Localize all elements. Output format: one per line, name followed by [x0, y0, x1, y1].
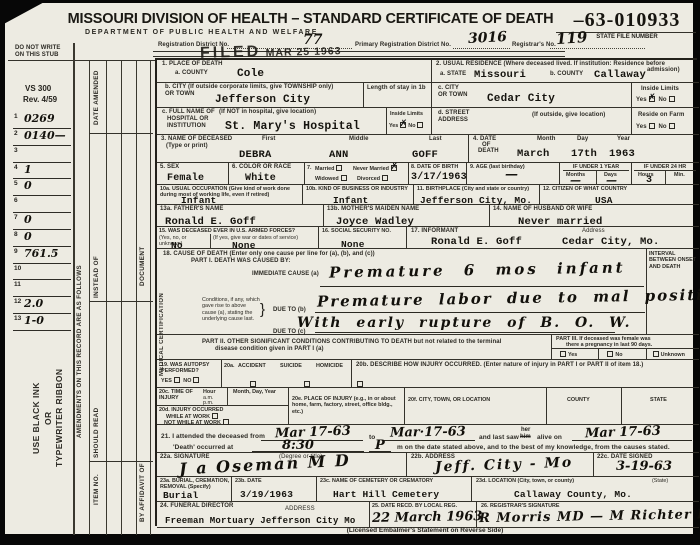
accident-label: ACCIDENT — [238, 363, 266, 369]
field-cause-of-death: 18. CAUSE OF DEATH (Enter only one cause… — [157, 249, 647, 335]
place-yes-mark: ✗ — [400, 119, 408, 130]
place-inside-label: Inside Limits — [390, 111, 423, 117]
do-not-write-label: DO NOT WRITE ON THIS STUB — [15, 45, 67, 59]
cemetery-loc-label: 23d. LOCATION (City, town, or county) — [476, 478, 574, 484]
field-injury-state: STATE — [622, 388, 699, 425]
part3-unknown: Unknown — [647, 349, 699, 359]
field-residence-city: c. CITY OR TOWN Cedar City — [432, 83, 632, 108]
date-amended-label: DATE AMENDED — [93, 65, 100, 131]
suicide-label: SUICIDE — [280, 363, 302, 369]
informant-address: Cedar City, Mo. — [562, 236, 660, 248]
sig-address-value: Jeff. City - Mo — [435, 455, 574, 476]
race-label: 6. COLOR OR RACE — [232, 164, 291, 171]
injury-place-label: 20e. PLACE OF INJURY (e.g., in or about … — [292, 396, 402, 415]
cause-line-a-value: Premature 6 mos infant — [329, 258, 626, 281]
divorced-checkbox — [382, 175, 388, 181]
field-interval: INTERVAL BETWEEN ONSET AND DEATH — [647, 249, 699, 335]
birthplace-label: 11. BIRTHPLACE (City and state or countr… — [417, 186, 537, 192]
informant-label: 17. INFORMANT — [411, 228, 458, 235]
autopsy-no-label: NO — [183, 378, 191, 384]
due-to-b-label: DUE TO (b) — [273, 307, 306, 314]
burial-value: Burial — [163, 490, 198, 501]
name-first-value: DEBRA — [239, 149, 272, 161]
farm-yes-label: Yes — [636, 124, 647, 130]
stub-row: 6 — [13, 196, 71, 213]
residence-label-2: admission) — [647, 67, 680, 74]
place-county-label: a. COUNTY — [175, 70, 208, 77]
injury-desc-label: 20b. DESCRIBE HOW INJURY OCCURRED. (Ente… — [356, 362, 694, 369]
residence-yes-checkbox: ✗ — [649, 96, 655, 102]
field-time-of-injury: 20c. TIME OF INJURY Hour a.m. p.m. Month… — [157, 388, 289, 406]
attended-last-value: Mar 17-63 — [585, 424, 661, 442]
stub-row-value: 1-0 — [24, 314, 44, 327]
never-married-mark: ✗ — [390, 162, 398, 173]
field-place-inside-limits: Inside Limits Yes✗No — [387, 108, 432, 135]
cause-part1-label: PART I. DEATH WAS CAUSED BY: — [191, 258, 290, 265]
farm-yes-checkbox — [649, 123, 655, 129]
field-signature-address: 22b. ADDRESS Jeff. City - Mo — [407, 453, 594, 477]
homicide-label: HOMICIDE — [316, 363, 343, 369]
field-date-received: 25. DATE RECD. BY LOCAL REG. 22 March 19… — [370, 502, 477, 528]
instead-of-label: INSTEAD OF — [93, 253, 100, 300]
immediate-cause-label: IMMEDIATE CAUSE (a) — [252, 271, 319, 278]
stub-row: 122.0 — [13, 297, 71, 314]
birth-value: 3/17/1963 — [411, 172, 467, 183]
primary-district-line — [453, 48, 510, 49]
marital-widowed: Widowed — [315, 175, 349, 182]
field-length-of-stay: Length of stay in 1b — [364, 83, 432, 108]
cause-brace: } — [260, 301, 265, 318]
field-reside-on-farm: Reside on Farm Yes No — [632, 108, 699, 135]
field-armed-forces: 15. WAS DECEASED EVER IN U.S. ARMED FORC… — [157, 227, 319, 249]
field-race: 6. COLOR OR RACE White — [229, 163, 305, 185]
field-autopsy: 19. WAS AUTOPSY PERFORMED? YES NO — [157, 360, 222, 388]
field-registrar-signature: 26. REGISTRAR'S SIGNATURE R Morris MD — … — [477, 502, 699, 528]
sex-value: Female — [167, 173, 204, 184]
stub-row-number: 7 — [14, 214, 18, 221]
funeral-address-label: ADDRESS — [285, 506, 315, 513]
informant-address-label: Address — [582, 228, 605, 235]
stub-row-value: 1 — [24, 163, 32, 176]
field-name-of-deceased: 3. NAME OF DECEASED (Type or print) Firs… — [157, 135, 469, 163]
autopsy-yes-label: YES — [161, 378, 172, 384]
min-label: Min. — [674, 172, 685, 178]
attended-her: her — [521, 427, 530, 433]
hospital-value: St. Mary's Hospital — [225, 120, 360, 133]
part3-no-label: No — [615, 352, 622, 358]
marital-divorced: Divorced — [357, 175, 390, 182]
field-mother-name: 13b. MOTHER'S MAIDEN NAME Joyce Wadley — [324, 205, 490, 227]
cause-conditions-note: Conditions, if any, which gave rise to a… — [202, 297, 260, 323]
part3-yes-checkbox — [560, 351, 566, 357]
stub-row-number: 2 — [14, 130, 18, 137]
autopsy-no-checkbox — [193, 377, 199, 383]
residence-yes-label: Yes — [636, 97, 647, 103]
stub-row-number: 12 — [14, 298, 21, 305]
stub-row: 50 — [13, 179, 71, 196]
part3-no-checkbox — [607, 351, 613, 357]
interval-label: INTERVAL BETWEEN ONSET AND DEATH — [649, 251, 697, 270]
never-married-label: Never Married — [353, 166, 389, 172]
name-sub-label: (Type or print) — [166, 143, 208, 150]
suicide-checkbox — [304, 381, 310, 387]
stub-row-value: 0 — [24, 179, 32, 192]
stub-row-number: 6 — [14, 197, 18, 204]
field-usual-residence: 2. USUAL RESIDENCE (Where deceased lived… — [432, 60, 699, 83]
field-funeral-director: 24. FUNERAL DIRECTOR ADDRESS Freeman Mor… — [157, 502, 370, 528]
autopsy-label: 19. WAS AUTOPSY PERFORMED? — [161, 362, 219, 375]
part3-unknown-checkbox — [653, 351, 659, 357]
stub-row-number: 11 — [14, 281, 21, 288]
armed-note-2: (If yes, give war or dates of service) — [213, 235, 317, 241]
stub-row-value: 0269 — [24, 112, 55, 125]
divorced-label: Divorced — [357, 176, 380, 182]
date-signed-value: 3-19-63 — [616, 459, 672, 474]
manner-label: 20a. — [224, 363, 235, 369]
farm-no-label: No — [658, 124, 666, 130]
place-county-value: Cole — [237, 68, 264, 80]
field-date-signed: 22c. DATE SIGNED 3-19-63 — [594, 453, 699, 477]
stub-row-value: 0140— — [24, 129, 66, 142]
death-day-label: Day — [577, 136, 588, 143]
field-manner-of-death: 20a. ACCIDENT SUICIDE HOMICIDE — [222, 360, 352, 388]
field-date-of-birth: 8. DATE OF BIRTH 3/17/1963 — [409, 163, 467, 185]
amendments-title: AMENDMENTS ON THIS RECORD ARE AS FOLLOWS — [76, 171, 83, 533]
part3-yes: Yes — [552, 349, 599, 359]
field-injury-location: 20f. CITY, TOWN, OR LOCATION — [405, 388, 547, 425]
stub-row: 9761.5 — [13, 247, 71, 264]
attended-prefix: 21. I attended the deceased from — [161, 433, 265, 441]
armed-divider — [210, 234, 211, 249]
amendments-divider-2 — [89, 301, 153, 302]
name-last-value: GOFF — [412, 149, 438, 161]
place-label: 1. PLACE OF DEATH — [162, 61, 223, 68]
field-if-under-1-year: IF UNDER 1 YEAR Months Days — — — [560, 163, 632, 185]
form-code: VS 300 — [25, 84, 51, 93]
stub-rows: 1026920140—34150670809761.51011122.0131-… — [13, 112, 71, 331]
field-cemetery-location: 23d. LOCATION (City, town, or county) (S… — [472, 477, 699, 502]
part3-options: Yes No Unknown — [552, 348, 699, 359]
attended-last-rule — [572, 440, 692, 441]
stub-row: 3 — [13, 146, 71, 163]
stub-row: 80 — [13, 230, 71, 247]
stub-row: 41 — [13, 163, 71, 180]
residence-yes-mark: ✗ — [648, 93, 656, 104]
field-signature: 22a. SIGNATURE (Degree or title) J a Ose… — [157, 453, 407, 477]
place-yes-label: Yes — [389, 123, 398, 129]
residence-city-value: Cedar City — [487, 93, 555, 105]
place-yes-checkbox: ✗ — [400, 122, 406, 128]
primary-district-value: 3016 — [468, 29, 508, 47]
name-last-label: Last — [429, 136, 442, 143]
stub-row: 20140— — [13, 129, 71, 146]
armed-label: 15. WAS DECEASED EVER IN U.S. ARMED FORC… — [159, 228, 317, 234]
amendments-divider-1 — [89, 133, 153, 134]
funeral-value: Freeman Mortuary Jefferson City Mo — [165, 516, 355, 526]
registrar-value: R Morris MD — M Richter Dep — [479, 507, 700, 526]
residence-inside-options: Yes✗ No — [636, 96, 677, 104]
cemetery-label: 23c. NAME OF CEMETERY OR CREMATORY — [320, 478, 433, 484]
street-address-note: (If outside, give location) — [532, 112, 605, 119]
received-value: 22 March 1963 — [372, 509, 483, 526]
married-label: Married — [315, 166, 334, 172]
stub-row: 131-0 — [13, 314, 71, 331]
funeral-label: 24. FUNERAL DIRECTOR — [160, 503, 233, 510]
by-affidavit-label: BY AFFIDAVIT OF — [139, 455, 146, 529]
stub-row-value: 0 — [24, 213, 32, 226]
never-married-checkbox: ✗ — [391, 165, 397, 171]
injury-county-label: COUNTY — [567, 397, 590, 403]
place-no-checkbox — [417, 122, 423, 128]
death-year-value: 1963 — [609, 148, 635, 160]
injury-mdy-label: Month, Day, Year — [233, 389, 276, 395]
residence-county-value: Callaway — [594, 69, 646, 81]
residence-inside-label: Inside Limits — [641, 86, 679, 93]
registrar-label: 26. REGISTRAR'S SIGNATURE — [481, 503, 559, 509]
received-label: 25. DATE RECD. BY LOCAL REG. — [372, 503, 457, 509]
use-black-ink-line3: TYPEWRITER RIBBON — [54, 338, 64, 498]
attended-to-value: Mar·17-63 — [390, 424, 466, 440]
attended-mid: and last saw — [479, 434, 519, 442]
certificate-paper: MISSOURI DIVISION OF HEALTH – STANDARD C… — [5, 3, 693, 534]
stub-row: 70 — [13, 213, 71, 230]
use-black-ink-line2: OR — [43, 403, 53, 433]
residence-county-label: b. COUNTY — [550, 71, 583, 78]
widowed-checkbox — [341, 175, 347, 181]
informant-name: Ronald E. Goff — [431, 236, 522, 248]
registrar-no-line — [550, 48, 645, 49]
field-place-of-injury: 20e. PLACE OF INJURY (e.g., in or about … — [289, 388, 405, 425]
injury-state-label: STATE — [650, 397, 667, 403]
marital-married: Married — [315, 165, 344, 172]
field-injury-at-work: 20d. INJURY OCCURRED WHILE AT WORK NOT W… — [157, 406, 289, 425]
certificate-form: MEDICAL CERTIFICATION 1. PLACE OF DEATH … — [155, 58, 697, 526]
field-sex: 5. SEX Female — [157, 163, 229, 185]
father-label: 13a. FATHER'S NAME — [160, 206, 223, 213]
death-month-value: March — [517, 148, 550, 160]
field-occupation: 10a. USUAL OCCUPATION (Give kind of work… — [157, 185, 303, 205]
stub-row-number: 5 — [14, 180, 18, 187]
death-occurred-suffix: m on the date stated above, and to the b… — [397, 444, 670, 452]
field-father-name: 13a. FATHER'S NAME Ronald E. Goff — [157, 205, 324, 227]
residence-city-label: c. CITY OR TOWN — [438, 85, 468, 99]
residence-state-value: Missouri — [474, 69, 526, 81]
field-date-of-death: 4. DATE OF DEATH Month Day Year March 17… — [469, 135, 699, 163]
under24-divider — [665, 171, 666, 185]
farm-options: Yes No — [636, 123, 677, 131]
field-street-address: d. STREET ADDRESS (If outside, give loca… — [432, 108, 632, 135]
item-no-label: ITEM NO. — [93, 467, 100, 511]
married-checkbox — [336, 165, 342, 171]
form-revision: Rev. 4/59 — [23, 95, 57, 104]
field-spouse-name: 14. NAME OF HUSBAND OR WIFE Never marrie… — [490, 205, 699, 227]
stub-row: 11 — [13, 280, 71, 297]
cause-line-c-rule — [315, 332, 615, 333]
age-value: — — [505, 167, 518, 182]
industry-label: 10b. KIND OF BUSINESS OR INDUSTRY — [306, 186, 412, 192]
injury-time-label: 20c. TIME OF INJURY — [159, 389, 199, 402]
death-month-label: Month — [537, 136, 556, 143]
field-place-of-death: 1. PLACE OF DEATH a. COUNTY Cole — [157, 60, 432, 83]
part3-yes-label: Yes — [568, 352, 577, 358]
field-age: 9. AGE (last birthday) — — [467, 163, 560, 185]
race-value: White — [245, 173, 276, 184]
farm-no-checkbox — [669, 123, 675, 129]
stub-row-number: 1 — [14, 113, 18, 120]
city-of-death-value: Jefferson City — [215, 94, 310, 106]
length-of-stay-label: Length of stay in 1b — [367, 85, 429, 92]
field-injury-description: 20b. DESCRIBE HOW INJURY OCCURRED. (Ente… — [352, 360, 699, 388]
citizen-label: 12. CITIZEN OF WHAT COUNTRY — [543, 186, 627, 192]
cause-line-b-rule — [315, 312, 645, 313]
stub-row: 10269 — [13, 112, 71, 129]
field-residence-inside-limits: Inside Limits Yes✗ No — [632, 83, 699, 108]
stub-row-number: 10 — [14, 265, 21, 272]
stub-row-number: 8 — [14, 231, 18, 238]
death-ampm-rule — [369, 451, 391, 452]
primary-district-label: Primary Registration District No. — [355, 42, 451, 49]
part2-label-2: disease condition given in PART I (a) — [215, 346, 324, 353]
cause-line-c-value: With early rupture of B. O. W. — [297, 315, 632, 331]
field-informant: 17. INFORMANT Address Ronald E. Goff Ced… — [407, 227, 699, 249]
autopsy-yes-checkbox — [174, 377, 180, 383]
death-date-label-3: DEATH — [478, 148, 499, 155]
amendments-strip-left-rule — [73, 43, 75, 535]
stub-row-number: 4 — [14, 164, 18, 171]
armed-note-1: (Yes, no, or unknown) — [159, 235, 209, 248]
hospital-label-3: INSTITUTION — [167, 123, 206, 130]
name-middle-label: Middle — [349, 136, 369, 143]
residence-no-label: No — [658, 97, 666, 103]
attended-him-struck: him — [520, 434, 531, 440]
marital-never: Never Married✗ — [353, 165, 399, 172]
field-cemetery: 23c. NAME OF CEMETERY OR CREMATORY Hart … — [317, 477, 472, 502]
part3-no: No — [599, 349, 646, 359]
registrar-no-value: 119 — [555, 28, 587, 48]
spouse-label: 14. NAME OF HUSBAND OR WIFE — [493, 206, 592, 213]
stub-row-value: 2.0 — [24, 297, 43, 310]
under1-divider — [596, 171, 597, 185]
sex-label: 5. SEX — [160, 164, 179, 171]
burial-date-value: 3/19/1963 — [240, 489, 293, 500]
attended-to-rule — [383, 440, 475, 441]
stub-row-number: 3 — [14, 147, 18, 154]
part3-unknown-label: Unknown — [661, 352, 685, 358]
field-part2: PART II. OTHER SIGNIFICANT CONDITIONS CO… — [157, 335, 552, 360]
page-title: MISSOURI DIVISION OF HEALTH – STANDARD C… — [58, 11, 563, 27]
residence-state-label: a. STATE — [440, 71, 466, 78]
cemetery-state-note: (State) — [652, 478, 668, 484]
mother-label: 13b. MOTHER'S MAIDEN NAME — [327, 206, 419, 213]
marital-label: 7. — [307, 165, 312, 171]
field-citizen: 12. CITIZEN OF WHAT COUNTRY USA — [540, 185, 699, 205]
stub-row-value: 761.5 — [24, 247, 58, 260]
field-hospital: c. FULL NAME OF (If NOT in hospital, giv… — [157, 108, 387, 135]
field-industry: 10b. KIND OF BUSINESS OR INDUSTRY Infant — [303, 185, 414, 205]
reverse-side-note: (Licensed Embalmer's Statement on Revers… — [255, 527, 595, 534]
field-birthplace: 11. BIRTHPLACE (City and state or countr… — [414, 185, 540, 205]
place-inside-options: Yes✗No — [389, 122, 425, 129]
stub-row-value: 0 — [24, 230, 32, 243]
street-address-label: d. STREET ADDRESS — [438, 110, 480, 124]
residence-no-checkbox — [669, 96, 675, 102]
widowed-label: Widowed — [315, 176, 339, 182]
field-city-of-death: b. CITY (If outside corporate limits, gi… — [157, 83, 364, 108]
cemetery-loc-value: Callaway County, Mo. — [514, 489, 632, 500]
death-year-label: Year — [617, 136, 630, 143]
stub-row: 10 — [13, 264, 71, 281]
ssn-label: 16. SOCIAL SECURITY NO. — [322, 228, 391, 234]
field-burial: 23a. BURIAL, CREMATION, REMOVAL (Specify… — [157, 477, 232, 502]
accident-checkbox — [250, 381, 256, 387]
injury-loc-label: 20f. CITY, TOWN, OR LOCATION — [408, 397, 490, 403]
scan-corner-shadow — [0, 0, 48, 26]
place-no-label: No — [408, 123, 415, 129]
document-label: DOCUMENT — [139, 241, 146, 291]
scanned-death-certificate: { "header": { "title": "MISSOURI DIVISIO… — [0, 0, 700, 545]
attended-alive: alive on — [537, 434, 562, 442]
death-occurred-prefix: 'Death' occurred at — [173, 444, 233, 452]
field-marital-status: 7. Married Never Married✗ Widowed Divorc… — [305, 163, 409, 185]
hospital-note: (If NOT in hospital, give location) — [219, 109, 316, 116]
field-part3: PART III. If deceased was female was the… — [552, 335, 699, 360]
autopsy-options: YES NO — [161, 377, 201, 384]
use-black-ink-line1: USE BLACK INK — [31, 348, 41, 488]
name-middle-value: ANN — [329, 149, 349, 161]
field-burial-date: 23b. DATE 3/19/1963 — [232, 477, 317, 502]
cause-line-b-value: Premature labor due to mal position — [317, 285, 700, 310]
death-day-value: 17th — [571, 148, 597, 160]
field-if-under-24-hr: IF UNDER 24 HR Hours Min. 3 — [632, 163, 699, 185]
field-ssn: 16. SOCIAL SECURITY NO. None — [319, 227, 407, 249]
department-subtitle: DEPARTMENT OF PUBLIC HEALTH AND WELFARE — [85, 29, 318, 36]
should-read-label: SHOULD READ — [93, 405, 100, 460]
injury-time-divider — [227, 388, 228, 406]
stub-row-number: 9 — [14, 248, 18, 255]
cemetery-value: Hart Hill Cemetery — [333, 489, 439, 500]
stub-top-rule — [8, 60, 155, 61]
stub-row-number: 13 — [14, 315, 21, 322]
field-injury-county: COUNTY — [547, 388, 622, 425]
field-attended: 21. I attended the deceased from Mar 17-… — [157, 425, 699, 453]
name-first-label: First — [262, 136, 276, 143]
birth-label: 8. DATE OF BIRTH — [411, 164, 465, 170]
burial-date-label: 23b. DATE — [235, 478, 262, 484]
farm-label: Reside on Farm — [638, 112, 684, 119]
